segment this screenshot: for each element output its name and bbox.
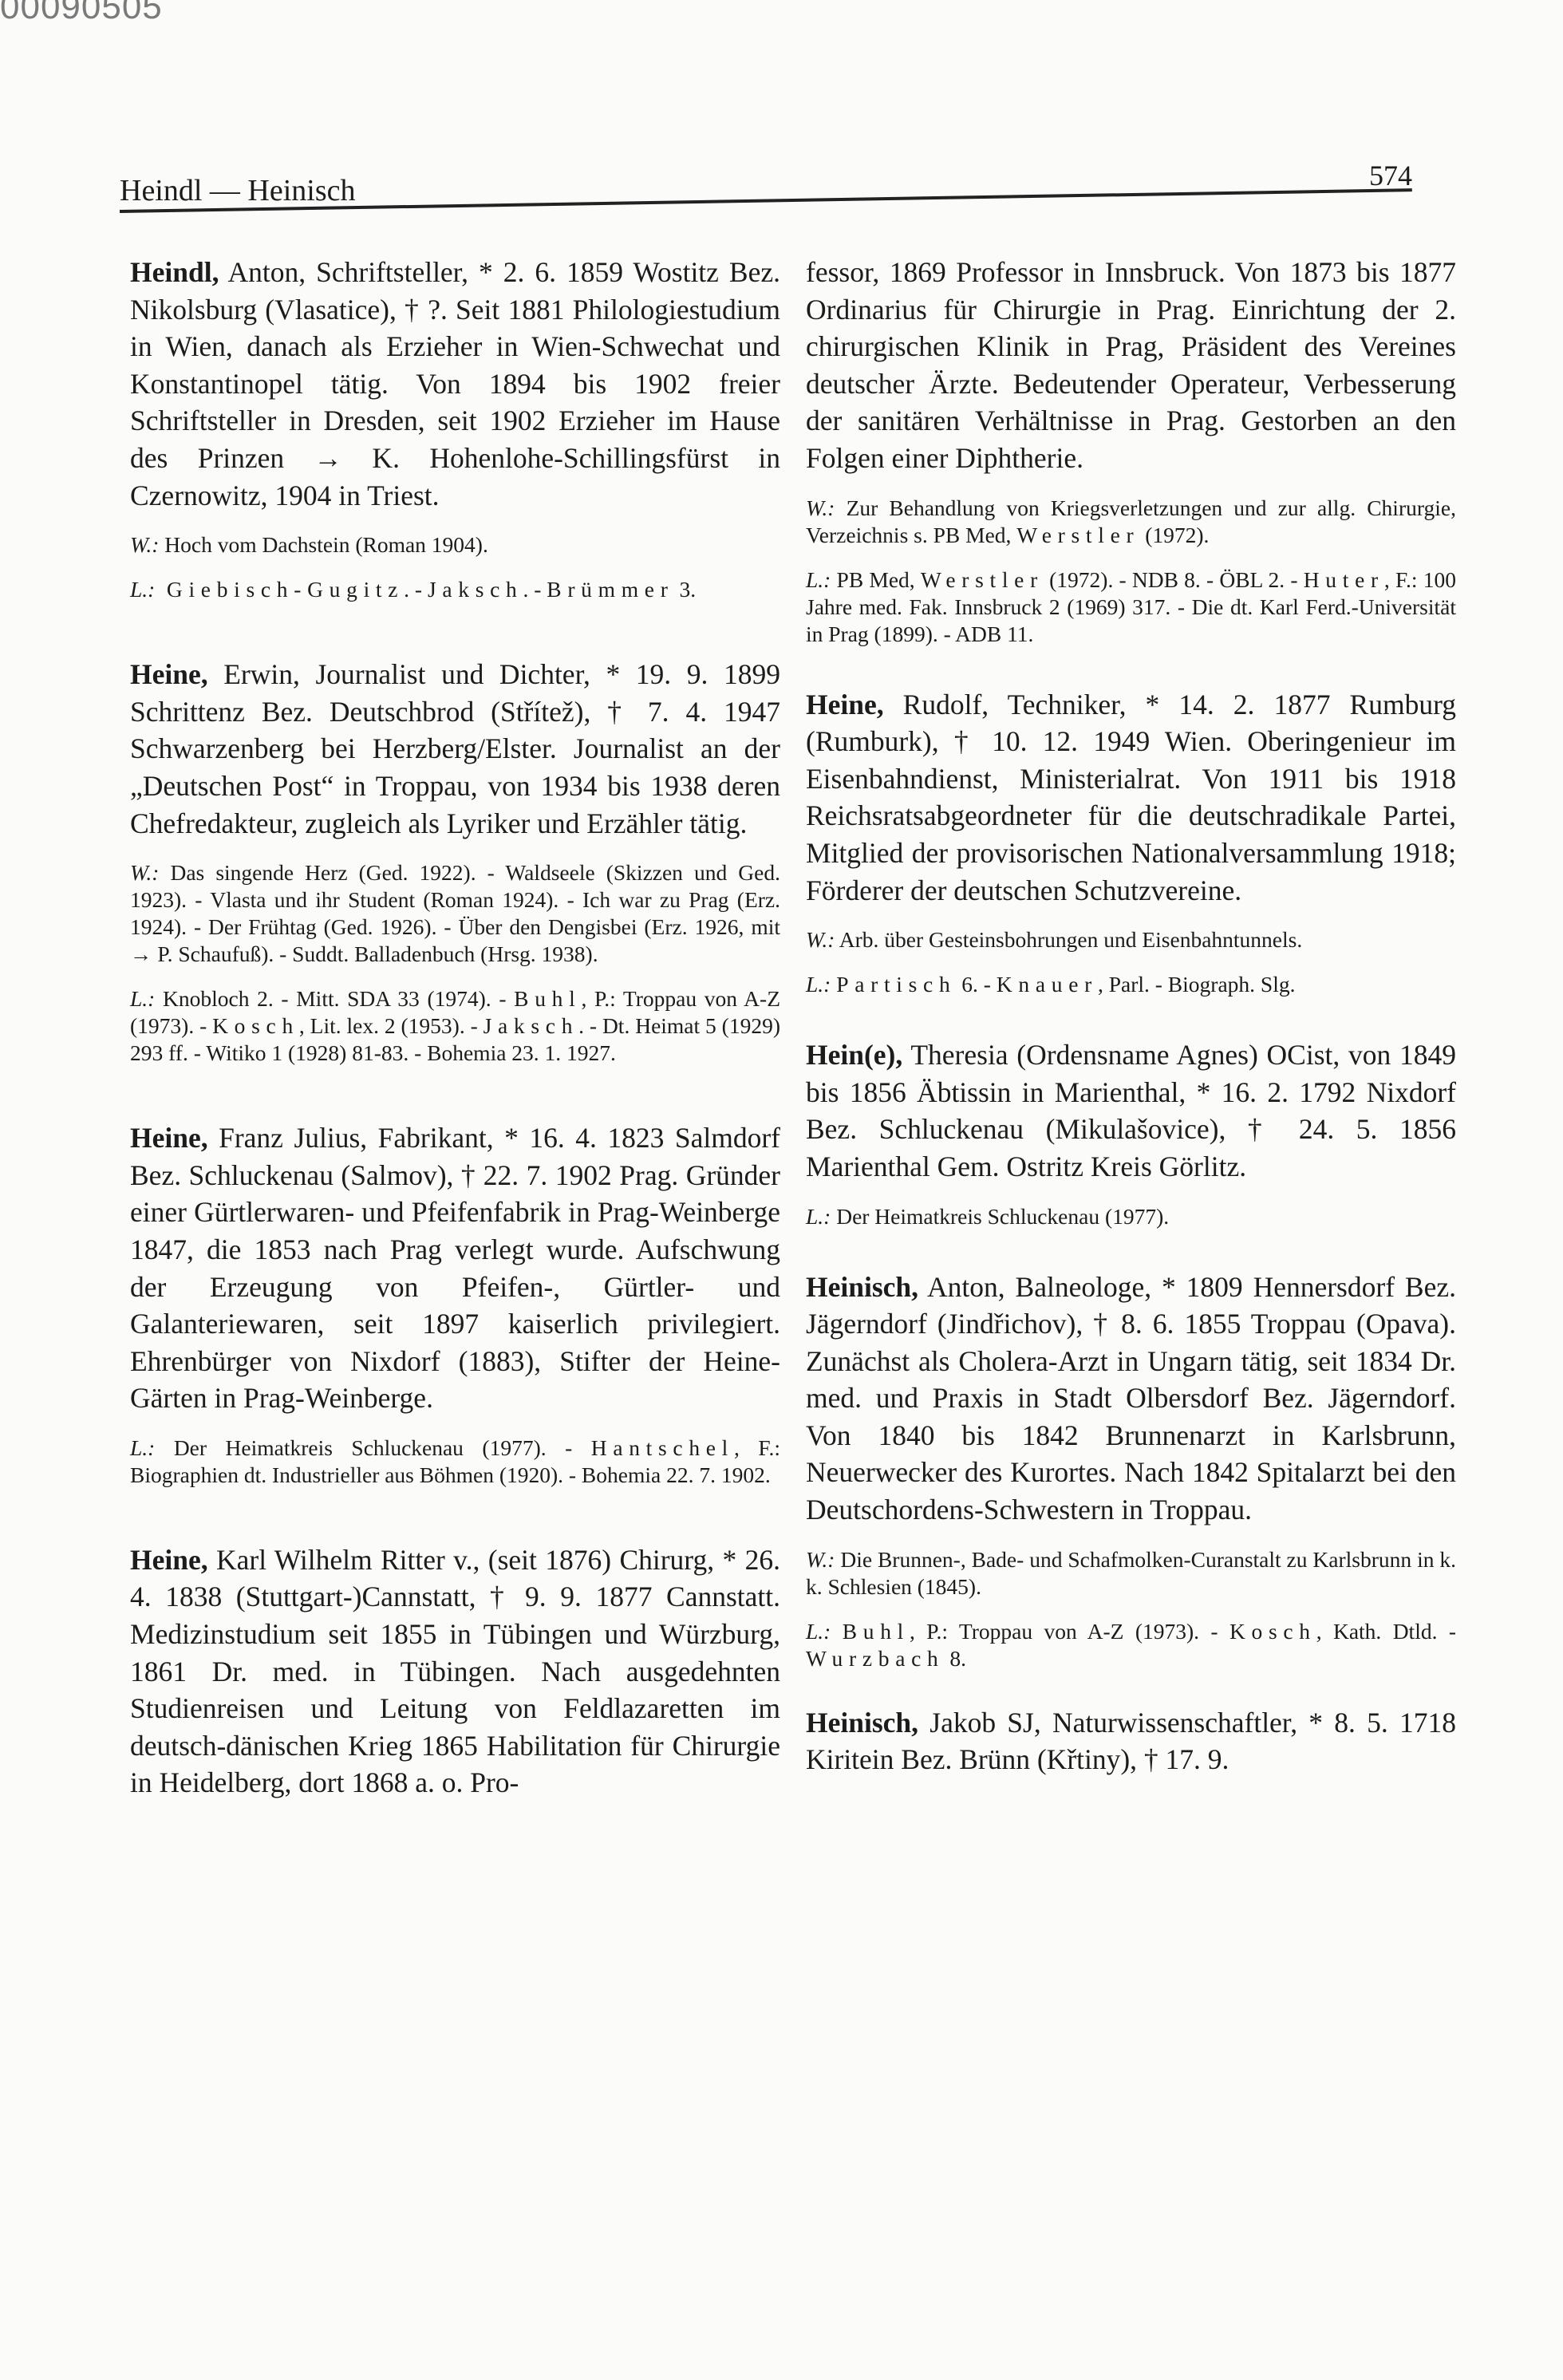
entry-bio: Heine, Karl Wilhelm Ritter v., (seit 187… (130, 1541, 780, 1802)
reference-text (831, 1619, 842, 1644)
entry-bio: Heinisch, Anton, Balneologe, * 1809 Henn… (806, 1269, 1456, 1529)
right-column: fessor, 1869 Professor in Innsbruck. Von… (806, 254, 1456, 1810)
entry-heindl-anton: Heindl, Anton, Schriftsteller, * 2. 6. 1… (130, 254, 780, 603)
reference-text: 6. - (956, 972, 996, 997)
reference-text: , Lit. lex. 2 (1953). - (299, 1013, 484, 1038)
literature-text: Knobloch 2. - Mitt. SDA 33 (1974). - Buh… (130, 986, 780, 1065)
works-label: W.: (130, 860, 159, 885)
entry-literature: L.: Giebisch-Gugitz. - Jaksch. - Brümmer… (130, 576, 780, 603)
entry-headword: Heine, (130, 658, 208, 690)
literature-text: Partisch 6. - Knauer, Parl. - Biograph. … (831, 972, 1295, 997)
reference-text: , Kath. Dtld. - (1316, 1619, 1456, 1644)
spaced-author-name: Giebisch-Gugitz (155, 577, 404, 602)
entry-bio-text: Karl Wilhelm Ritter v., (seit 1876) Chir… (130, 1544, 780, 1799)
works-text: Das singende Herz (Ged. 1922). - Waldsee… (130, 860, 780, 966)
literature-label: L.: (130, 1435, 155, 1460)
literature-label: L.: (806, 1619, 831, 1644)
reference-text: (1972). - NDB 8. - ÖBL 2. - (1044, 567, 1304, 592)
reference-text: 8. (944, 1646, 966, 1671)
reference-text: Der Heimatkreis Schluckenau (1977). - (155, 1435, 590, 1460)
entry-headword: Heindl, (130, 256, 219, 288)
entry-works: W.: Arb. über Gesteinsbohrungen und Eise… (806, 926, 1456, 953)
spaced-author-name: Werstler (921, 567, 1044, 592)
entry-heine-erwin: Heine, Erwin, Journalist und Dichter, * … (130, 656, 780, 1067)
works-text: Die Brunnen-, Bade- und Schafmolken-Cura… (806, 1547, 1456, 1599)
literature-text: Der Heimatkreis Schluckenau (1977). - Ha… (130, 1435, 780, 1487)
reference-text: PB Med, (831, 567, 921, 592)
reference-text: 3. (674, 577, 697, 602)
entry-bio-text: Erwin, Journalist und Dichter, * 19. 9. … (130, 658, 780, 839)
spaced-author-name: Brümmer (547, 577, 673, 602)
literature-label: L.: (130, 986, 155, 1011)
spaced-author-name: Buhl (514, 986, 581, 1011)
entry-heine-theresia: Hein(e), Theresia (Ordensname Agnes) OCi… (806, 1036, 1456, 1229)
entry-literature: L.: Buhl, P.: Troppau von A-Z (1973). - … (806, 1618, 1456, 1672)
entry-heinisch-anton: Heinisch, Anton, Balneologe, * 1809 Henn… (806, 1269, 1456, 1672)
works-label: W.: (806, 1547, 835, 1572)
entry-headword: Heine, (806, 689, 884, 720)
literature-label: L.: (806, 567, 831, 592)
page-number: 574 (1369, 159, 1412, 192)
reference-text: . - (523, 577, 547, 602)
entry-works: W.: Das singende Herz (Ged. 1922). - Wal… (130, 859, 780, 968)
entry-headword: Heinisch, (806, 1707, 918, 1739)
entry-bio-text: Anton, Balneologe, * 1809 Hennersdorf Be… (806, 1271, 1456, 1526)
reference-text: , P.: Troppau von A-Z (1973). - (910, 1619, 1229, 1644)
entry-heine-franz-julius: Heine, Franz Julius, Fabrikant, * 16. 4.… (130, 1119, 780, 1489)
scan-id: 00090505 (0, 0, 163, 27)
spaced-author-name: Knauer (997, 972, 1098, 997)
literature-label: L.: (130, 577, 155, 602)
entry-works: W.: Die Brunnen-, Bade- und Schafmolken-… (806, 1546, 1456, 1600)
works-text: Zur Behandlung von Kriegsverletzungen un… (806, 495, 1456, 547)
spaced-author-name: Buhl (843, 1619, 910, 1644)
entry-heine-rudolf: Heine, Rudolf, Techniker, * 14. 2. 1877 … (806, 686, 1456, 999)
entry-heinisch-jakob: Heinisch, Jakob SJ, Naturwissenschaftler… (806, 1704, 1456, 1778)
spaced-author-name: Partisch (836, 972, 956, 997)
works-text: Arb. über Gesteinsbohrungen und Eisenbah… (835, 927, 1302, 952)
works-text: Hoch vom Dachstein (Roman 1904). (159, 532, 487, 557)
entry-works: W.: Zur Behandlung von Kriegsverletzunge… (806, 495, 1456, 549)
spaced-author-name: Jaksch (428, 577, 523, 602)
entry-headword: Heine, (130, 1544, 208, 1576)
entry-bio: Heine, Rudolf, Techniker, * 14. 2. 1877 … (806, 686, 1456, 910)
entry-literature: L.: Der Heimatkreis Schluckenau (1977). … (130, 1435, 780, 1489)
literature-label: L.: (806, 972, 831, 997)
entry-headword: Hein(e), (806, 1039, 902, 1071)
reference-text: Knobloch 2. - Mitt. SDA 33 (1974). - (155, 986, 514, 1011)
entry-bio-text: Franz Julius, Fabrikant, * 16. 4. 1823 S… (130, 1122, 780, 1414)
spaced-author-name: Kosch (212, 1013, 299, 1038)
reference-text: (1972). (1139, 523, 1209, 547)
entry-works: W.: Hoch vom Dachstein (Roman 1904). (130, 531, 780, 558)
spaced-author-name: Kosch (1229, 1619, 1316, 1644)
spaced-author-name: Jaksch (484, 1013, 579, 1038)
reference-text: , Parl. - Biograph. Slg. (1098, 972, 1296, 997)
literature-label: L.: (806, 1204, 831, 1229)
entry-literature: L.: PB Med, Werstler (1972). - NDB 8. - … (806, 566, 1456, 648)
entry-bio-text: Rudolf, Techniker, * 14. 2. 1877 Rumburg… (806, 689, 1456, 906)
entry-bio: Heine, Franz Julius, Fabrikant, * 16. 4.… (130, 1119, 780, 1417)
entry-bio: Heindl, Anton, Schriftsteller, * 2. 6. 1… (130, 254, 780, 514)
works-label: W.: (806, 495, 835, 520)
reference-text: Der Heimatkreis Schluckenau (1977). (831, 1204, 1169, 1229)
spaced-author-name: Wurzbach (806, 1646, 944, 1671)
literature-text: Giebisch-Gugitz. - Jaksch. - Brümmer 3. (155, 577, 696, 602)
entry-bio: Heinisch, Jakob SJ, Naturwissenschaftler… (806, 1704, 1456, 1778)
spaced-author-name: Hantschel (591, 1435, 734, 1460)
running-head-title: Heindl — Heinisch (120, 173, 356, 208)
literature-text: Der Heimatkreis Schluckenau (1977). (831, 1204, 1169, 1229)
spaced-author-name: Werstler (1016, 523, 1139, 547)
entry-literature: L.: Knobloch 2. - Mitt. SDA 33 (1974). -… (130, 985, 780, 1067)
literature-text: Buhl, P.: Troppau von A-Z (1973). - Kosc… (806, 1619, 1456, 1671)
left-column: Heindl, Anton, Schriftsteller, * 2. 6. 1… (130, 254, 780, 1833)
entry-headword: Heinisch, (806, 1271, 918, 1303)
reference-text: . - (404, 577, 428, 602)
entry-bio: Hein(e), Theresia (Ordensname Agnes) OCi… (806, 1036, 1456, 1185)
entry-headword: Heine, (130, 1122, 208, 1154)
running-head: Heindl — Heinisch 574 (120, 164, 1412, 211)
spaced-author-name: Huter (1304, 567, 1384, 592)
works-label: W.: (806, 927, 835, 952)
entry-literature: L.: Der Heimatkreis Schluckenau (1977). (806, 1203, 1456, 1230)
entry-heine-karl-wilhelm: Heine, Karl Wilhelm Ritter v., (seit 187… (130, 1541, 780, 1802)
entry-continuation: fessor, 1869 Professor in Innsbruck. Von… (806, 254, 1456, 477)
entry-heine-karl-wilhelm-continued: fessor, 1869 Professor in Innsbruck. Von… (806, 254, 1456, 648)
entry-bio-text: Anton, Schriftsteller, * 2. 6. 1859 Wost… (130, 256, 780, 511)
entry-literature: L.: Partisch 6. - Knauer, Parl. - Biogra… (806, 971, 1456, 998)
works-label: W.: (130, 532, 159, 557)
entry-bio: Heine, Erwin, Journalist und Dichter, * … (130, 656, 780, 842)
entry-bio-text: Theresia (Ordensname Agnes) OCist, von 1… (806, 1039, 1456, 1182)
literature-text: PB Med, Werstler (1972). - NDB 8. - ÖBL … (806, 567, 1456, 646)
